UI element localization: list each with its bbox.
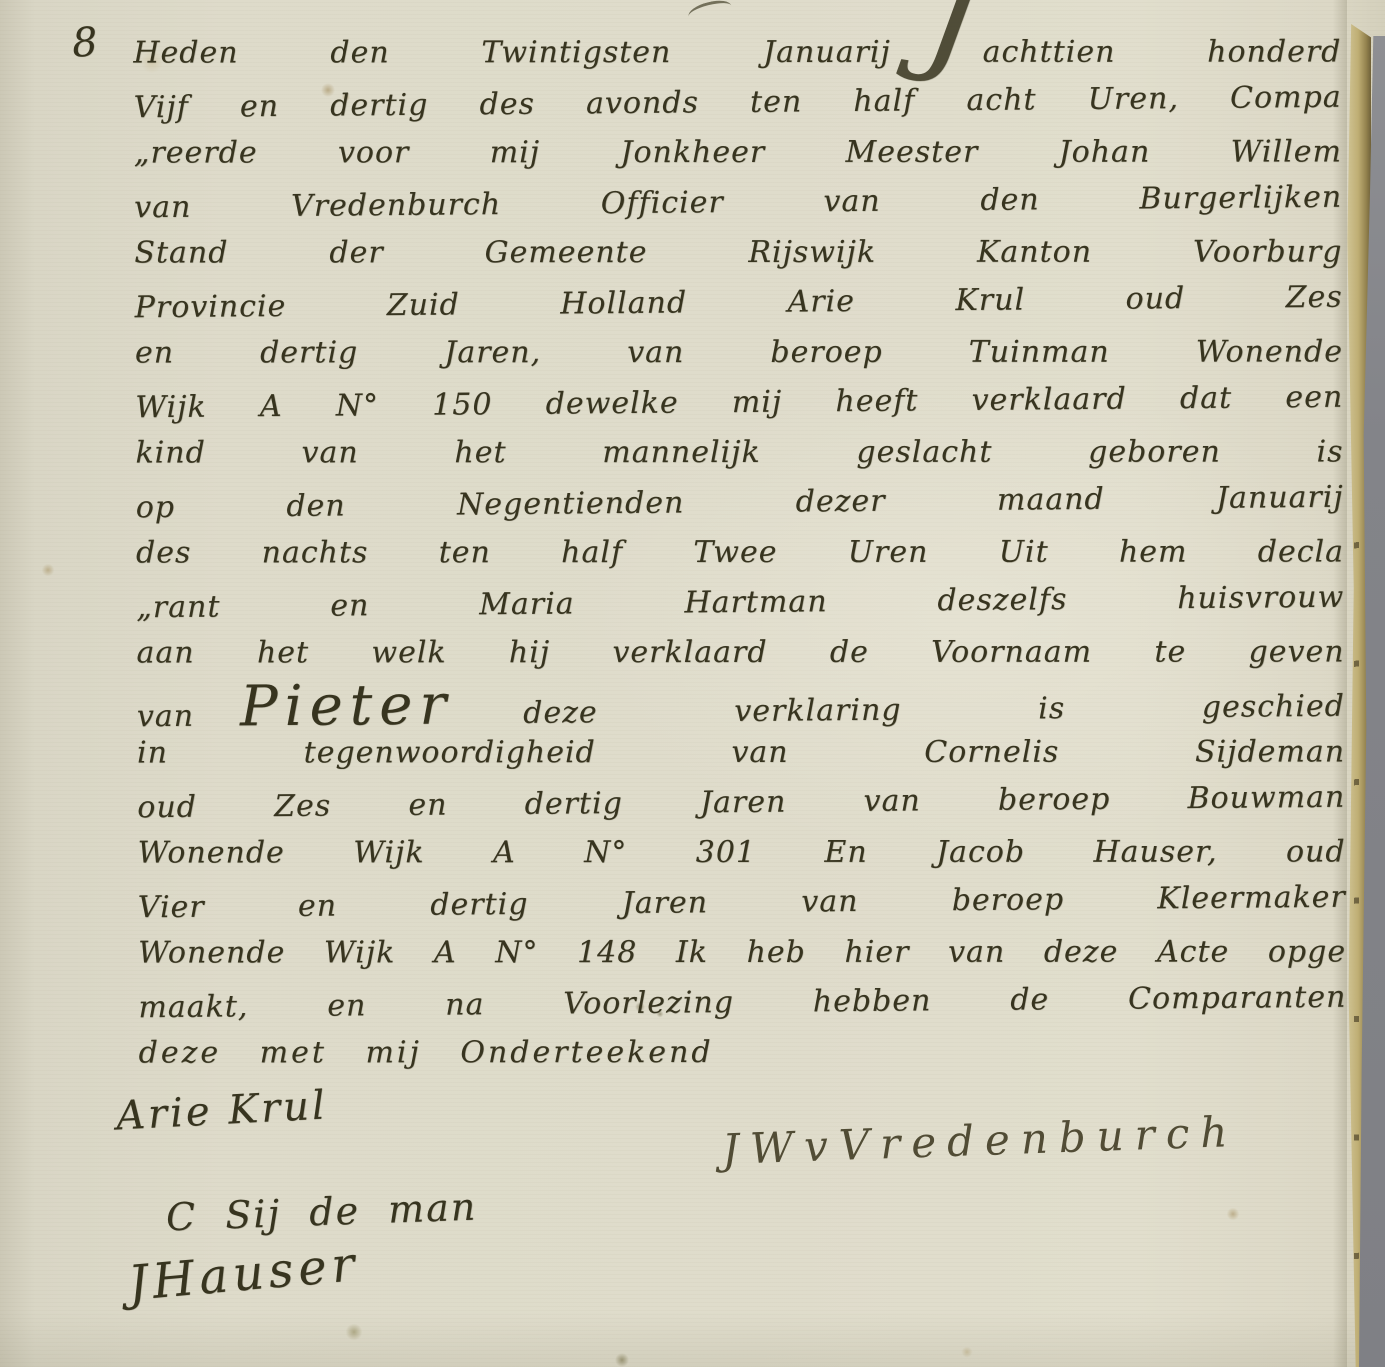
- act-line: maakt, en na Voorlezing hebben de Compar…: [138, 973, 1346, 1034]
- scanned-register-page: J 8 Heden den Twintigsten Januarij achtt…: [0, 0, 1385, 1367]
- act-line: Stand der Gemeente Rijswijk Kanton Voorb…: [134, 227, 1342, 278]
- act-line: „reerde voor mij Jonkheer Meester Johan …: [134, 127, 1342, 178]
- act-line: Wonende Wijk A N° 148 Ik heb hier van de…: [138, 927, 1346, 978]
- act-line: Wijk A N° 150 dewelke mij heeft verklaar…: [135, 373, 1343, 434]
- act-line: deze met mij Onderteekend: [139, 1027, 1347, 1078]
- act-number: 8: [70, 19, 99, 67]
- act-line: van Vredenburch Officier van den Burgerl…: [134, 173, 1342, 234]
- act-line: aan het welk hij verklaard de Voornaam t…: [137, 627, 1345, 678]
- child-name: Pieter: [240, 681, 454, 733]
- act-line: vanPieterdeze verklaring is geschied: [137, 673, 1345, 734]
- act-line: Provincie Zuid Holland Arie Krul oud Zes: [134, 273, 1342, 334]
- act-line: Wonende Wijk A N° 301 En Jacob Hauser, o…: [138, 827, 1346, 878]
- act-line: „rant en Maria Hartman deszelfs huisvrou…: [136, 573, 1344, 634]
- act-line: en dertig Jaren, van beroep Tuinman Wone…: [135, 327, 1343, 378]
- act-line: Vijf en dertig des avonds ten half acht …: [133, 73, 1341, 134]
- act-line: op den Negentienden dezer maand Januarij: [136, 473, 1344, 534]
- act-line: Heden den Twintigsten Januarij achttien …: [133, 27, 1341, 78]
- act-line: oud Zes en dertig Jaren van beroep Bouwm…: [137, 773, 1345, 834]
- binding-stitch-marks: [1354, 430, 1359, 1361]
- act-line: Vier en dertig Jaren van beroep Kleermak…: [138, 873, 1346, 934]
- act-line: des nachts ten half Twee Uren Uit hem de…: [136, 527, 1344, 578]
- act-text-block: Heden den Twintigsten Januarij achttien …: [133, 25, 1346, 1081]
- act-line: in tegenwoordigheid van Cornelis Sijdema…: [137, 727, 1345, 778]
- act-line: kind van het mannelijk geslacht geboren …: [135, 427, 1343, 478]
